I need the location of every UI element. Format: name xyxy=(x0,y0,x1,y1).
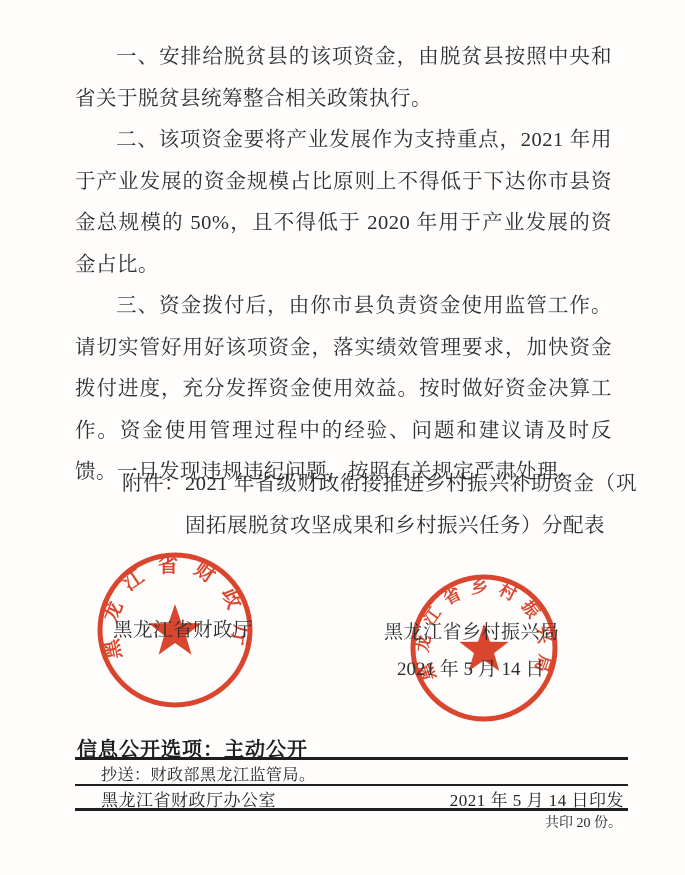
seal-graphic-right: 黑龙江省乡村振兴局 xyxy=(406,570,562,726)
footer-divider-3 xyxy=(75,808,628,811)
paragraph-2: 二、该项资金要将产业发展作为支持重点，2021 年用于产业发展的资金规模占比原则… xyxy=(75,120,612,286)
attachment-label: 附件： xyxy=(122,463,185,505)
document-page: 一、安排给脱贫县的该项资金，由脱贫县按照中央和省关于脱贫县统筹整合相关政策执行。… xyxy=(0,0,685,875)
signature-org-rural-bureau: 黑龙江省乡村振兴局 xyxy=(384,617,560,644)
footer-divider-1 xyxy=(75,757,628,760)
attachment-line: 附件： 2021 年省级财政衔接推进乡村振兴补助资金（巩固拓展脱贫攻坚成果和乡村… xyxy=(122,463,637,547)
attachment-title: 2021 年省级财政衔接推进乡村振兴补助资金（巩固拓展脱贫攻坚成果和乡村振兴任务… xyxy=(185,463,637,547)
cc-line: 抄送：财政部黑龙江监管局。 xyxy=(101,762,316,785)
copies-count: 共印 20 份。 xyxy=(545,812,622,832)
signature-date: 2021 年 5 月 14 日 xyxy=(397,654,544,681)
official-seal-rural-bureau: 黑龙江省乡村振兴局 xyxy=(406,570,562,726)
signature-org-finance-dept: 黑龙江省财政厅 xyxy=(113,614,253,642)
document-body: 一、安排给脱贫县的该项资金，由脱贫县按照中央和省关于脱贫县统筹整合相关政策执行。… xyxy=(75,37,612,494)
paragraph-1: 一、安排给脱贫县的该项资金，由脱贫县按照中央和省关于脱贫县统筹整合相关政策执行。 xyxy=(75,37,612,120)
